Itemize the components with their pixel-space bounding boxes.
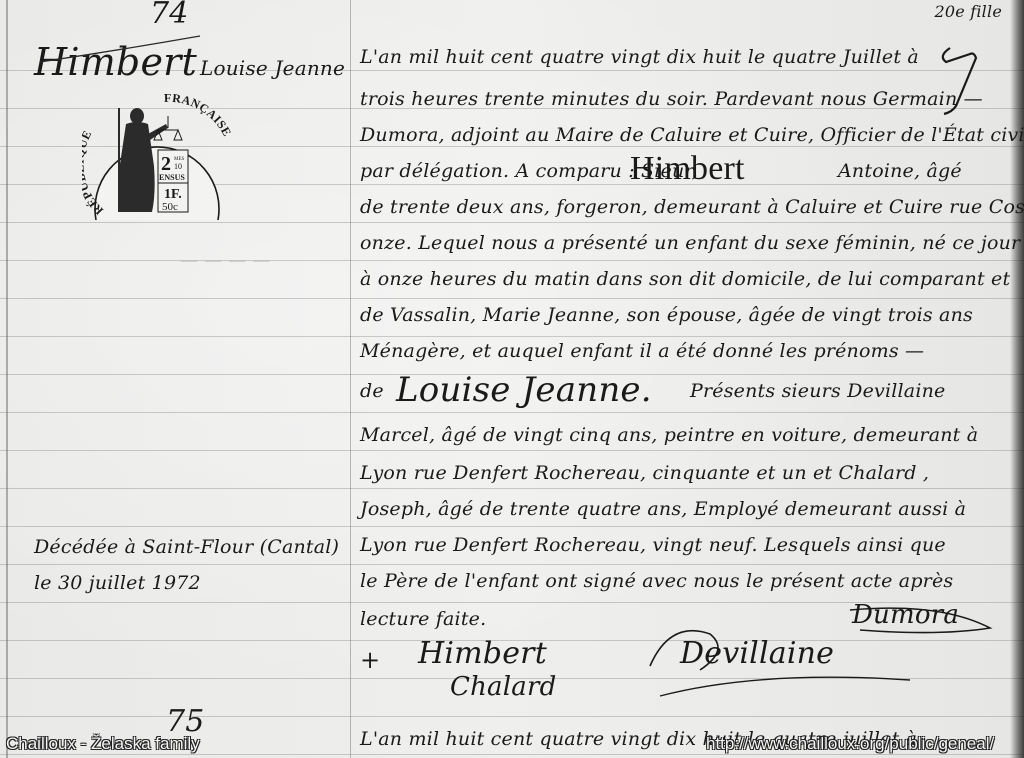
body-line-10: de xyxy=(360,380,384,402)
margin-divider xyxy=(350,0,351,758)
folio-note: 20e fille xyxy=(935,2,1002,21)
body-line-8: de Vassalin, Marie Jeanne, son épouse, â… xyxy=(360,304,973,326)
body-line-9: Ménagère, et auquel enfant il a été donn… xyxy=(360,340,924,362)
signature-mark: + xyxy=(360,646,380,674)
stamp-value-top: 2 xyxy=(161,153,171,175)
stamp-value-cents: 50c xyxy=(162,201,178,213)
stamp-value-mid: ENSUS xyxy=(159,173,185,182)
watermark-family: Chailloux - Želaska family xyxy=(6,734,200,754)
child-names: Louise Jeanne. xyxy=(396,370,652,410)
strike-flourish xyxy=(30,30,210,70)
body-line-14: Lyon rue Denfert Rochereau, vingt neuf. … xyxy=(360,534,946,556)
body-line-3: Dumora, adjoint au Maire de Caluire et C… xyxy=(360,124,1024,146)
register-page: — — — — 20e fille 74 Himbert Louise Jean… xyxy=(0,0,1024,758)
svg-text:FRANÇAISE: FRANÇAISE xyxy=(164,94,232,139)
witnesses-intro: Présents sieurs Devillaine xyxy=(690,380,945,402)
bleed-through-text: — — — — xyxy=(180,250,271,271)
body-line-12: Lyon rue Denfert Rochereau, cinquante et… xyxy=(360,462,929,484)
death-note-line-1: Décédée à Saint-Flour (Cantal) xyxy=(34,536,339,558)
stamp-value-bottom: 1F. xyxy=(164,187,182,202)
signature-witness-1: Devillaine xyxy=(680,636,834,671)
page-left-edge xyxy=(6,0,8,758)
father-surname: Himbert xyxy=(630,150,745,188)
father-given-name: Antoine, âgé xyxy=(838,160,962,182)
body-line-16: lecture faite. xyxy=(360,608,486,630)
signature-witness-2: Chalard xyxy=(450,672,556,702)
watermark-url[interactable]: http://www.chailloux.org/public/geneal/ xyxy=(706,734,994,754)
record-number: 74 xyxy=(150,0,189,31)
death-note-line-2: le 30 juillet 1972 xyxy=(34,572,201,594)
body-line-15: le Père de l'enfant ont signé avec nous … xyxy=(360,570,953,592)
body-line-1: L'an mil huit cent quatre vingt dix huit… xyxy=(360,46,919,68)
margin-given-names: Louise Jeanne xyxy=(200,56,345,80)
body-line-13: Joseph, âgé de trente quatre ans, Employ… xyxy=(360,498,966,520)
fiscal-stamp: RÉPUBLIQUE FRANÇAISE 2 MES 10 xyxy=(82,94,232,220)
body-line-6: onze. Lequel nous a présenté un enfant d… xyxy=(360,232,1020,254)
body-line-2: trois heures trente minutes du soir. Par… xyxy=(360,88,983,110)
signature-father: Himbert xyxy=(418,636,547,671)
svg-text:10: 10 xyxy=(174,162,182,171)
stamp-right-text: FRANÇAISE xyxy=(164,94,232,139)
binding-shadow xyxy=(1010,0,1024,758)
body-line-7: à onze heures du matin dans son dit domi… xyxy=(360,268,1010,290)
body-line-5: de trente deux ans, forgeron, demeurant … xyxy=(360,196,1024,218)
body-line-11: Marcel, âgé de vingt cinq ans, peintre e… xyxy=(360,424,978,446)
